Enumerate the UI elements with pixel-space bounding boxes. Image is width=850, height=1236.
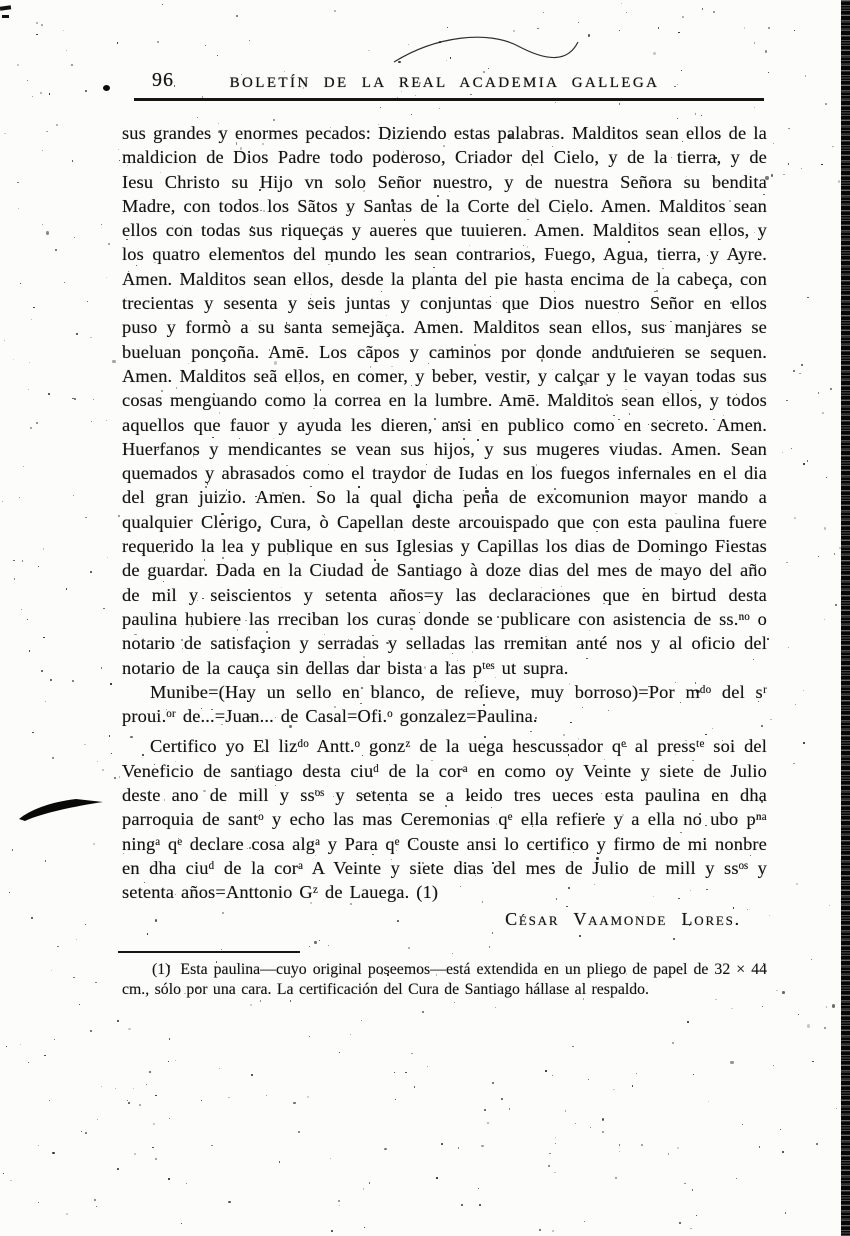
ink-blot (103, 85, 110, 91)
scanned-page: 96 BOLETÍN DE LA REAL ACADEMIA GALLEGA s… (0, 0, 850, 1236)
text-column: sus grandes y enormes pecados: Diziendo … (122, 121, 767, 999)
footnote-text: Esta paulina—cuyo original poseemos—está… (122, 961, 767, 998)
body-paragraph: sus grandes y enormes pecados: Diziendo … (122, 121, 767, 680)
page-number: 96 (152, 69, 174, 92)
body-paragraph: Munibe=(Hay un sello en blanco, de relie… (122, 680, 767, 729)
footnote-separator-rule (118, 951, 300, 954)
header-rule (134, 98, 764, 101)
body-paragraph: Certifico yo El lizᵈᵒ Antt.ᵒ gonzᶻ de la… (122, 734, 767, 904)
scan-artifact-mark (0, 5, 11, 10)
page-header: 96 BOLETÍN DE LA REAL ACADEMIA GALLEGA (122, 68, 767, 100)
author-signature: César Vaamonde Lores. (122, 909, 767, 930)
footnote: (1)Esta paulina—cuyo original poseemos—e… (122, 960, 767, 999)
scan-artifact-mark (2, 15, 9, 18)
pen-stroke-mark (16, 794, 106, 824)
journal-title: BOLETÍN DE LA REAL ACADEMIA GALLEGA (122, 68, 767, 92)
footnote-marker: (1) (152, 961, 170, 978)
scan-hairline-mark (392, 28, 582, 72)
scan-edge-band (841, 0, 850, 1236)
